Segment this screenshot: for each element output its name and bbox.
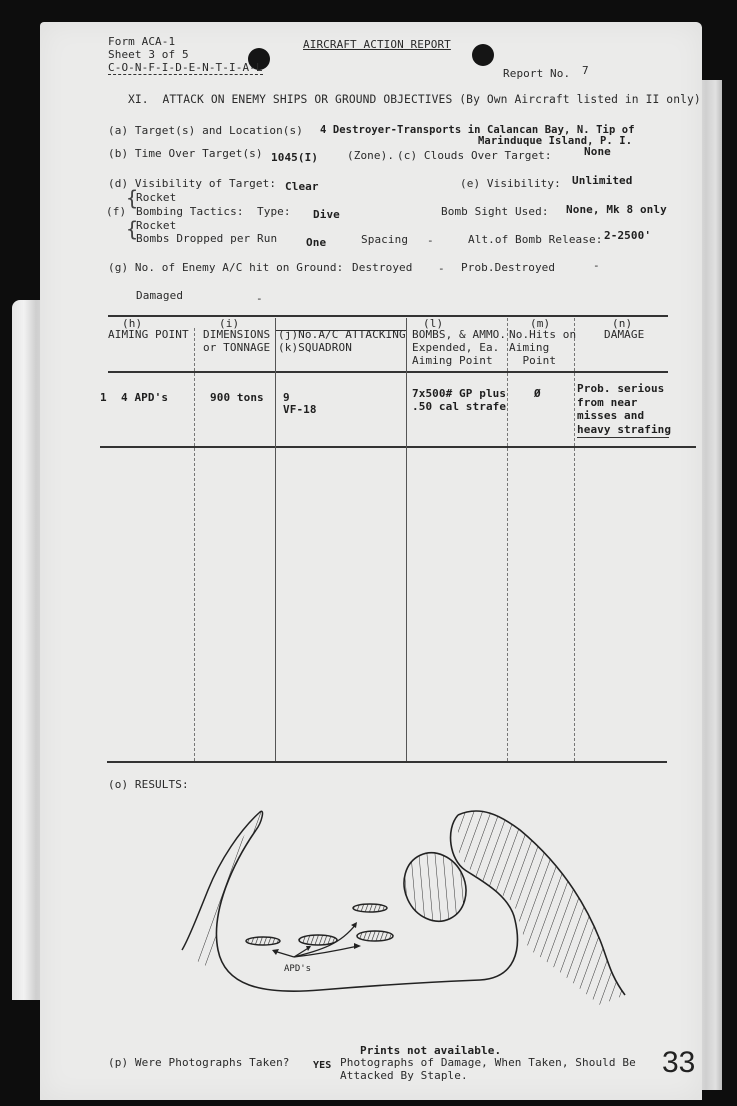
bombs-per-run-label: Bombs Dropped per Run	[136, 232, 277, 245]
column-divider	[406, 318, 407, 761]
results-label: (o) RESULTS:	[108, 778, 189, 791]
bay-sketch-diagram: APD's	[180, 800, 640, 1010]
photographs-value: YES	[313, 1059, 331, 1072]
clouds-label: (c) Clouds Over Target:	[397, 149, 552, 162]
section-heading: XI. ATTACK ON ENEMY SHIPS OR GROUND OBJE…	[128, 93, 701, 106]
enemy-ac-label: (g) No. of Enemy A/C hit on Ground:	[108, 261, 343, 274]
column-divider	[194, 328, 195, 761]
report-no-label: Report No.	[503, 67, 570, 80]
photo-instructions-line2: Attacked By Staple.	[340, 1069, 468, 1082]
punch-hole-right	[472, 44, 494, 66]
form-number: Form ACA-1	[108, 35, 175, 48]
rocket-label-1: Rocket	[136, 191, 176, 204]
clouds-value: None	[584, 145, 611, 158]
visibility-label: (e) Visibility:	[460, 177, 561, 190]
bombs-cell: 7x500# GP plus .50 cal strafe	[412, 387, 506, 413]
prob-destroyed-value: -	[593, 259, 600, 272]
alt-release-label: Alt.of Bomb Release:	[468, 233, 602, 246]
col-i-label: DIMENSIONS or TONNAGE	[203, 328, 270, 354]
hits-cell: Ø	[534, 387, 541, 400]
bombs-per-run-value: One	[306, 236, 326, 249]
column-divider	[574, 318, 575, 761]
squadron-cell: VF-18	[283, 403, 317, 416]
spacing-value: -	[427, 234, 434, 247]
table-row-rule	[100, 446, 696, 448]
column-divider	[275, 318, 276, 761]
spacing-label: Spacing	[361, 233, 408, 246]
damaged-value: -	[256, 292, 263, 305]
row-number: 1	[100, 391, 107, 404]
col-n-label: DAMAGE	[604, 328, 644, 341]
tonnage-cell: 900 tons	[210, 391, 264, 404]
visibility-value: Unlimited	[572, 174, 633, 187]
document-title: AIRCRAFT ACTION REPORT	[303, 38, 451, 51]
bomb-sight-value: None, Mk 8 only	[566, 203, 667, 216]
f-label: (f)	[106, 205, 126, 218]
bombing-tactics-value: Dive	[313, 208, 340, 221]
destroyed-label: Destroyed	[352, 261, 413, 274]
aiming-point-cell: 4 APD's	[121, 391, 168, 404]
alt-release-value: 2-2500'	[604, 229, 651, 242]
target-label: (a) Target(s) and Location(s)	[108, 124, 303, 137]
report-no-value: 7	[582, 64, 589, 77]
classification: C-O-N-F-I-D-E-N-T-I-A-L	[108, 61, 263, 75]
apd-sketch-label: APD's	[284, 964, 311, 974]
page-number: 33	[662, 1046, 695, 1080]
visibility-target-value: Clear	[285, 180, 319, 193]
bomb-sight-label: Bomb Sight Used:	[441, 205, 549, 218]
zone-label: (Zone).	[347, 149, 394, 162]
damage-cell: Prob. serious from near misses and heavy…	[577, 382, 671, 436]
photographs-label: (p) Were Photographs Taken?	[108, 1056, 290, 1069]
table-header-rule	[108, 371, 668, 373]
table-top-rule	[108, 315, 668, 317]
damaged-label: Damaged	[136, 289, 183, 302]
damage-underline	[577, 437, 669, 438]
col-jk-label: (j)No.A/C ATTACKING (k)SQUADRON	[278, 328, 406, 354]
sheet-number: Sheet 3 of 5	[108, 48, 189, 61]
destroyed-value: -	[438, 262, 445, 275]
column-divider	[507, 318, 508, 761]
time-over-target-value: 1045(I)	[271, 151, 318, 164]
table-bottom-rule	[107, 761, 667, 763]
prob-destroyed-label: Prob.Destroyed	[461, 261, 555, 274]
photo-instructions-line1: Photographs of Damage, When Taken, Shoul…	[340, 1056, 636, 1069]
bombing-tactics-label: Bombing Tactics: Type:	[136, 205, 291, 218]
col-l-label: BOMBS, & AMMO. Expended, Ea. Aiming Poin…	[412, 328, 506, 367]
col-m-label: No.Hits on Aiming Point	[509, 328, 576, 367]
rocket-label-2: Rocket	[136, 219, 176, 232]
col-h-label: AIMING POINT	[108, 328, 189, 341]
time-over-target-label: (b) Time Over Target(s)	[108, 147, 263, 160]
